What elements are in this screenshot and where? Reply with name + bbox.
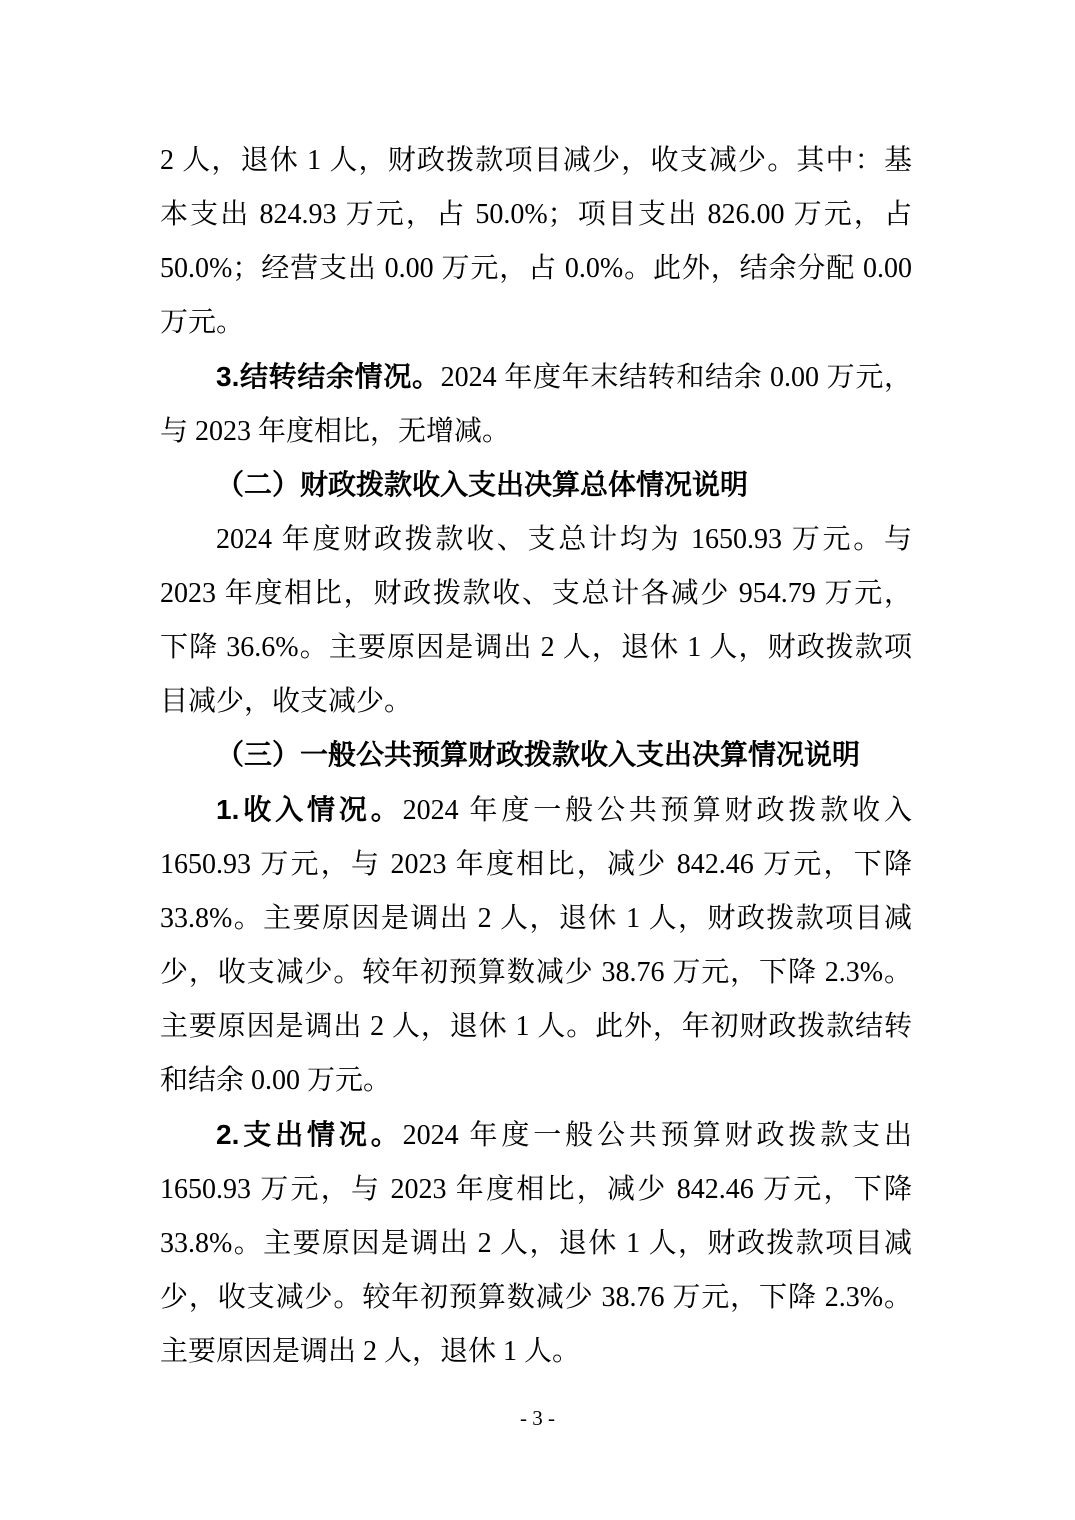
section-heading-fiscal-total: （二）财政拨款收入支出决算总体情况说明: [160, 459, 912, 513]
body-line: 2023 年度相比，财政拨款收、支总计各减少 954.79 万元，: [160, 567, 912, 621]
body-line: 2024 年度财政拨款收、支总计均为 1650.93 万元。与: [160, 513, 912, 567]
body-line: 本支出 824.93 万元，占 50.0%；项目支出 826.00 万元，占: [160, 188, 912, 242]
paragraph-carryover-first-line: 3.结转结余情况。2024 年度年末结转和结余 0.00 万元，: [160, 350, 912, 405]
paragraph-expenditure-first-line: 2.支出情况。2024 年度一般公共预算财政拨款支出: [160, 1108, 912, 1163]
paragraph-income-first-line: 1.收入情况。2024 年度一般公共预算财政拨款收入: [160, 783, 912, 838]
document-page: 2 人，退休 1 人，财政拨款项目减少，收支减少。其中：基 本支出 824.93…: [0, 0, 1075, 1520]
body-line: 2024 年度年末结转和结余 0.00 万元，: [441, 362, 912, 393]
body-line: 1650.93 万元，与 2023 年度相比，减少 842.46 万元，下降: [160, 838, 912, 892]
body-line: 33.8%。主要原因是调出 2 人，退休 1 人，财政拨款项目减: [160, 892, 912, 946]
body-line: 目减少，收支减少。: [160, 675, 912, 729]
body-line: 少，收支减少。较年初预算数减少 38.76 万元，下降 2.3%。: [160, 946, 912, 1000]
paragraph-lead-income: 1.收入情况。: [216, 794, 403, 825]
body-line: 2024 年度一般公共预算财政拨款支出: [403, 1120, 912, 1151]
body-line: 1650.93 万元，与 2023 年度相比，减少 842.46 万元，下降: [160, 1163, 912, 1217]
body-line: 主要原因是调出 2 人，退休 1 人。此外，年初财政拨款结转: [160, 1000, 912, 1054]
body-line: 主要原因是调出 2 人，退休 1 人。: [160, 1325, 912, 1379]
body-line: 和结余 0.00 万元。: [160, 1054, 912, 1108]
paragraph-lead-carryover: 3.结转结余情况。: [216, 361, 441, 392]
section-heading-general-budget: （三）一般公共预算财政拨款收入支出决算情况说明: [160, 729, 912, 783]
document-body: 2 人，退休 1 人，财政拨款项目减少，收支减少。其中：基 本支出 824.93…: [160, 134, 912, 1379]
body-line: 下降 36.6%。主要原因是调出 2 人，退休 1 人，财政拨款项: [160, 621, 912, 675]
page-number: - 3 -: [0, 1404, 1075, 1432]
body-line: 与 2023 年度相比，无增减。: [160, 405, 912, 459]
body-line: 万元。: [160, 296, 912, 350]
body-line: 33.8%。主要原因是调出 2 人，退休 1 人，财政拨款项目减: [160, 1217, 912, 1271]
body-line: 2 人，退休 1 人，财政拨款项目减少，收支减少。其中：基: [160, 134, 912, 188]
body-line: 50.0%；经营支出 0.00 万元，占 0.0%。此外，结余分配 0.00: [160, 242, 912, 296]
body-line: 2024 年度一般公共预算财政拨款收入: [403, 795, 912, 826]
body-line: 少，收支减少。较年初预算数减少 38.76 万元，下降 2.3%。: [160, 1271, 912, 1325]
paragraph-lead-expenditure: 2.支出情况。: [216, 1119, 403, 1150]
